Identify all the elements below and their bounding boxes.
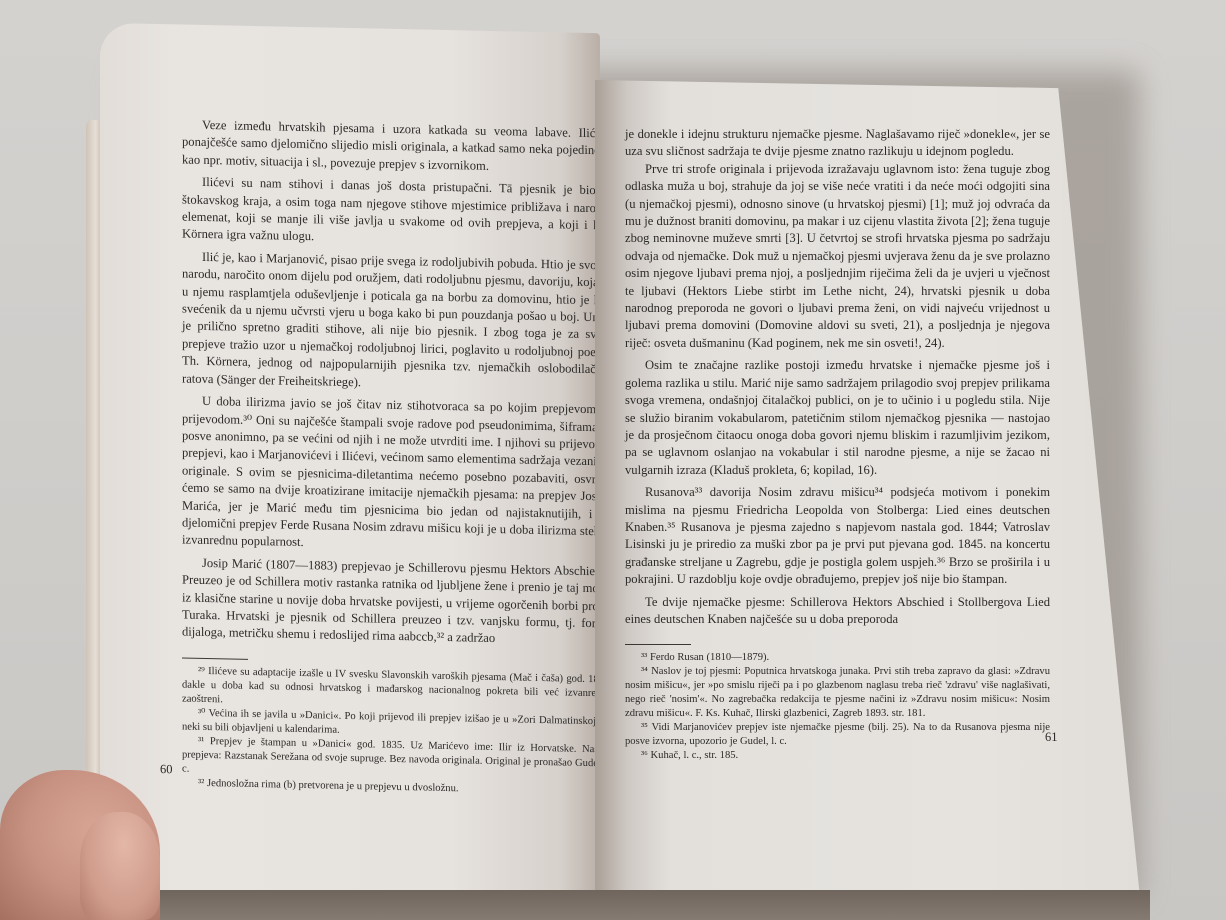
footnote: ³⁵ Vidi Marjanovićev prepjev iste njemač… [625,721,1050,749]
paragraph: Josip Marić (1807—1883) prepjevao je Sch… [182,554,600,650]
right-page-body: je donekle i idejnu strukturu njemačke p… [625,126,1050,763]
paragraph: Rusanova³³ davorija Nosim zdravu mišicu³… [625,484,1050,588]
paragraph: Prve tri strofe originala i prijevoda iz… [625,161,1050,352]
page-number: 61 [1045,730,1058,745]
paragraph: Ilić je, kao i Marjanović, pisao prije s… [182,248,600,396]
footnote: ³³ Ferdo Rusan (1810—1879). [625,651,1050,665]
paragraph: Ilićevi su nam stihovi i danas još dosta… [182,174,600,253]
left-page: Veze između hrvatskih pjesama i uzora ka… [100,23,600,903]
paragraph: Osim te značajne razlike postoji između … [625,357,1050,479]
footnote: ³⁶ Kuhač, l. c., str. 185. [625,749,1050,763]
paragraph: Te dvije njemačke pjesme: Schillerova He… [625,594,1050,629]
paragraph: Veze između hrvatskih pjesama i uzora ka… [182,116,600,177]
thumb [80,812,160,920]
right-page: je donekle i idejnu strukturu njemačke p… [595,80,1140,898]
footnote: ³⁴ Naslov je toj pjesmi: Poputnica hrvat… [625,665,1050,721]
footnote-divider [625,644,691,645]
left-page-body: Veze između hrvatskih pjesama i uzora ka… [182,116,600,799]
paragraph: U doba ilirizma javio se još čitav niz s… [182,393,600,559]
page-number: 60 [160,762,173,777]
book-bottom-edge [150,890,1150,920]
paragraph: je donekle i idejnu strukturu njemačke p… [625,126,1050,161]
footnote-divider [182,657,248,659]
